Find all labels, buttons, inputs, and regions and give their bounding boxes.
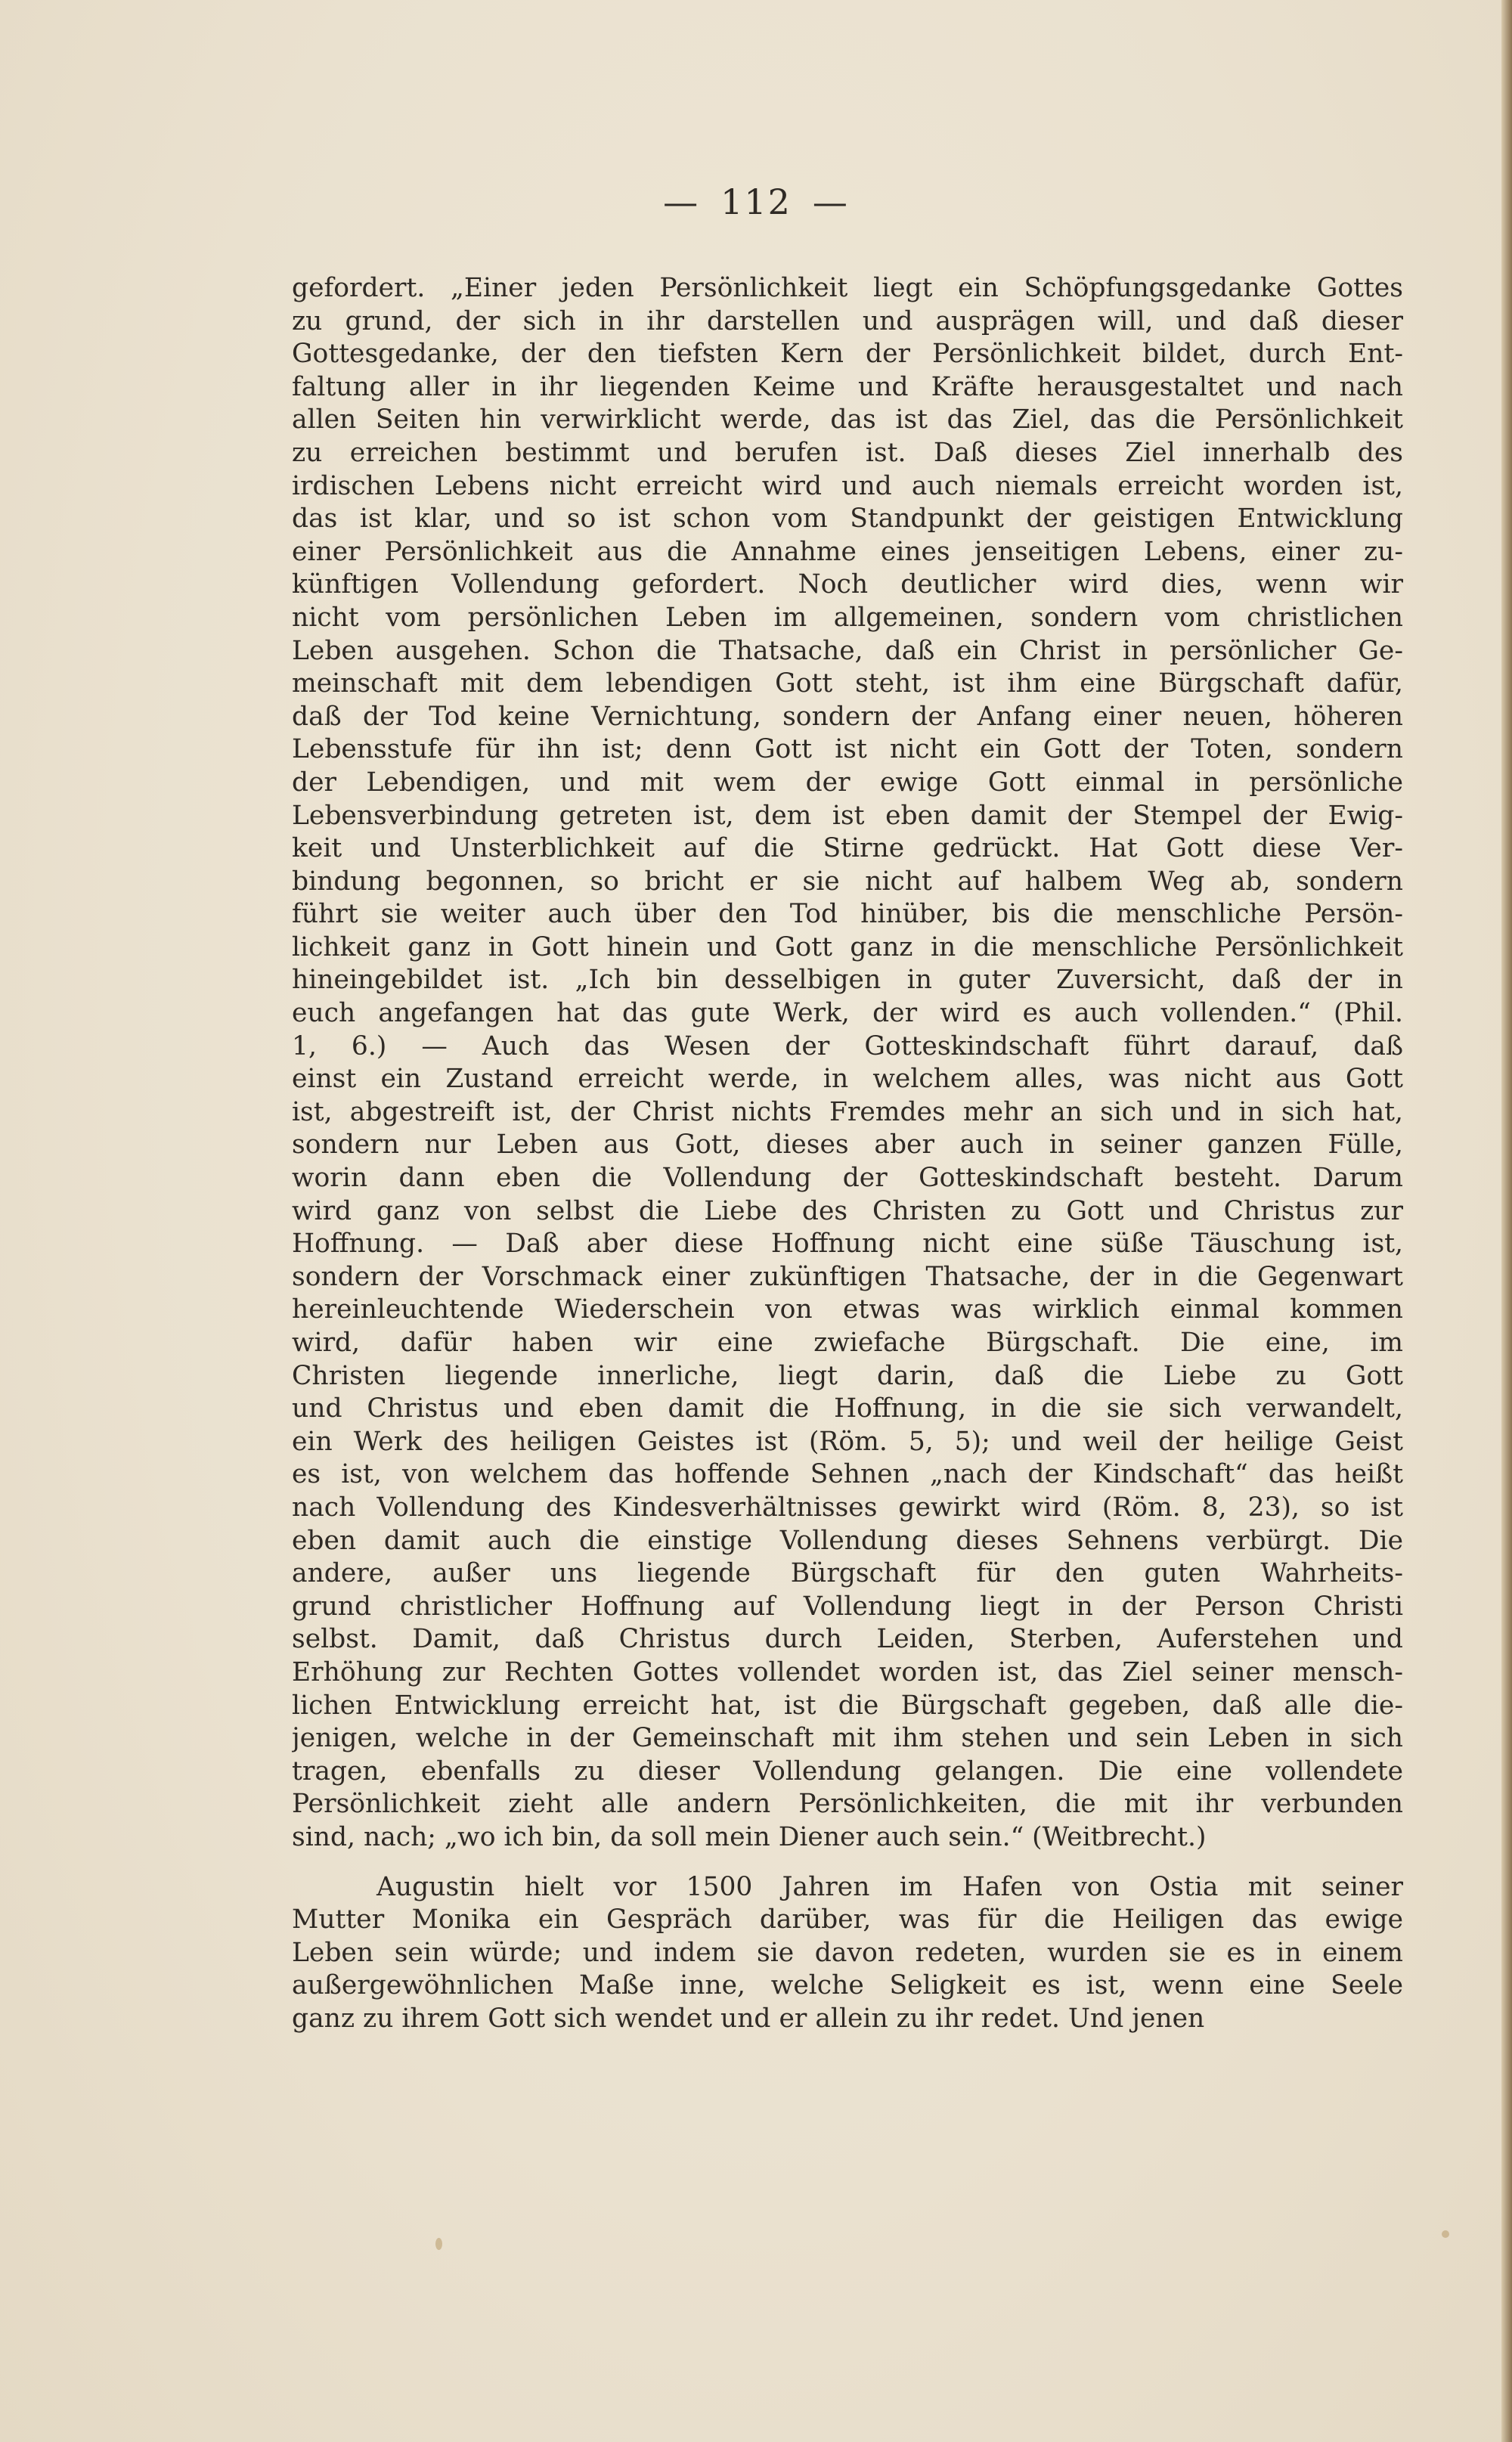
text-line: andere, außer uns liegende Bürgschaft fü… (292, 1557, 1403, 1591)
text-line: Erhöhung zur Rechten Gottes vollendet wo… (292, 1656, 1403, 1690)
paper-stain (435, 2238, 442, 2250)
text-line: Lebensverbindung getreten ist, dem ist e… (292, 800, 1403, 833)
text-line: zu grund, der sich in ihr darstellen und… (292, 305, 1403, 339)
paragraph-gap (292, 1855, 1403, 1871)
text-line: gefordert. „Einer jeden Persönlichkeit l… (292, 272, 1403, 305)
text-line: einst ein Zustand erreicht werde, in wel… (292, 1063, 1403, 1096)
header-dash-right: — (813, 181, 849, 222)
text-line: Augustin hielt vor 1500 Jahren im Hafen … (292, 1871, 1403, 1904)
text-line: zu erreichen bestimmt und berufen ist. D… (292, 437, 1403, 470)
text-line: eben damit auch die einstige Vollendung … (292, 1525, 1403, 1558)
text-line: sind, nach; „wo ich bin, da soll mein Di… (292, 1821, 1403, 1855)
text-line: meinschaft mit dem lebendigen Gott steht… (292, 668, 1403, 701)
text-line: Leben ausgehen. Schon die Thatsache, daß… (292, 635, 1403, 668)
body-text: gefordert. „Einer jeden Persönlichkeit l… (292, 272, 1403, 2035)
header-dash-left: — (663, 181, 699, 222)
book-page: —112— gefordert. „Einer jeden Persönlich… (0, 0, 1512, 2442)
text-line: keit und Unsterblichkeit auf die Stirne … (292, 832, 1403, 866)
text-line: ein Werk des heiligen Geistes ist (Röm. … (292, 1426, 1403, 1459)
text-line: allen Seiten hin verwirklicht werde, das… (292, 404, 1403, 437)
text-line: wird, dafür haben wir eine zwiefache Bür… (292, 1327, 1403, 1360)
text-line: lichen Entwicklung erreicht hat, ist die… (292, 1690, 1403, 1723)
text-line: und Christus und eben damit die Hoffnung… (292, 1393, 1403, 1426)
text-line: jenigen, welche in der Gemeinschaft mit … (292, 1722, 1403, 1756)
paper-stain (1442, 2230, 1449, 2238)
text-line: daß der Tod keine Vernichtung, sondern d… (292, 701, 1403, 734)
text-line: Lebensstufe für ihn ist; denn Gott ist n… (292, 733, 1403, 767)
text-line: Mutter Monika ein Gespräch darüber, was … (292, 1904, 1403, 1937)
text-line: Persönlichkeit zieht alle andern Persönl… (292, 1788, 1403, 1821)
text-line: euch angefangen hat das gute Werk, der w… (292, 997, 1403, 1030)
text-line: es ist, von welchem das hoffende Sehnen … (292, 1458, 1403, 1492)
text-line: Gottesgedanke, der den tiefsten Kern der… (292, 338, 1403, 371)
text-line: künftigen Vollendung gefordert. Noch deu… (292, 569, 1403, 602)
text-line: ganz zu ihrem Gott sich wendet und er al… (292, 2003, 1403, 2036)
text-line: grund christlicher Hoffnung auf Vollendu… (292, 1591, 1403, 1624)
text-line: führt sie weiter auch über den Tod hinüb… (292, 898, 1403, 931)
text-line: 1, 6.) — Auch das Wesen der Gotteskindsc… (292, 1030, 1403, 1064)
page-edge-shadow (1501, 0, 1512, 2442)
text-line: einer Persönlichkeit aus die Annahme ein… (292, 536, 1403, 569)
text-line: lichkeit ganz in Gott hinein und Gott ga… (292, 931, 1403, 965)
text-line: nicht vom persönlichen Leben im allgemei… (292, 602, 1403, 635)
text-line: worin dann eben die Vollendung der Gotte… (292, 1162, 1403, 1195)
text-line: ist, abgestreift ist, der Christ nichts … (292, 1096, 1403, 1130)
text-line: der Lebendigen, und mit wem der ewige Go… (292, 767, 1403, 800)
paragraph: gefordert. „Einer jeden Persönlichkeit l… (292, 272, 1403, 1855)
text-line: Hoffnung. — Daß aber diese Hoffnung nich… (292, 1228, 1403, 1261)
text-line: das ist klar, und so ist schon vom Stand… (292, 503, 1403, 536)
text-line: hineingebildet ist. „Ich bin desselbigen… (292, 964, 1403, 997)
text-line: nach Vollendung des Kindesverhältnisses … (292, 1492, 1403, 1525)
text-line: hereinleuchtende Wiederschein von etwas … (292, 1294, 1403, 1327)
text-line: sondern der Vorschmack einer zukünftigen… (292, 1261, 1403, 1294)
text-line: tragen, ebenfalls zu dieser Vollendung g… (292, 1756, 1403, 1789)
page-number: 112 (720, 181, 792, 222)
text-line: bindung begonnen, so bricht er sie nicht… (292, 866, 1403, 899)
text-line: sondern nur Leben aus Gott, dieses aber … (292, 1129, 1403, 1162)
text-line: außergewöhnlichen Maße inne, welche Seli… (292, 1969, 1403, 2003)
text-line: Christen liegende innerliche, liegt dari… (292, 1360, 1403, 1393)
text-line: Leben sein würde; und indem sie davon re… (292, 1937, 1403, 1970)
text-line: faltung aller in ihr liegenden Keime und… (292, 371, 1403, 404)
text-line: wird ganz von selbst die Liebe des Chris… (292, 1195, 1403, 1229)
text-line: selbst. Damit, daß Christus durch Leiden… (292, 1623, 1403, 1656)
text-line: irdischen Lebens nicht erreicht wird und… (292, 470, 1403, 504)
page-header: —112— (0, 181, 1512, 222)
paragraph: Augustin hielt vor 1500 Jahren im Hafen … (292, 1871, 1403, 2036)
